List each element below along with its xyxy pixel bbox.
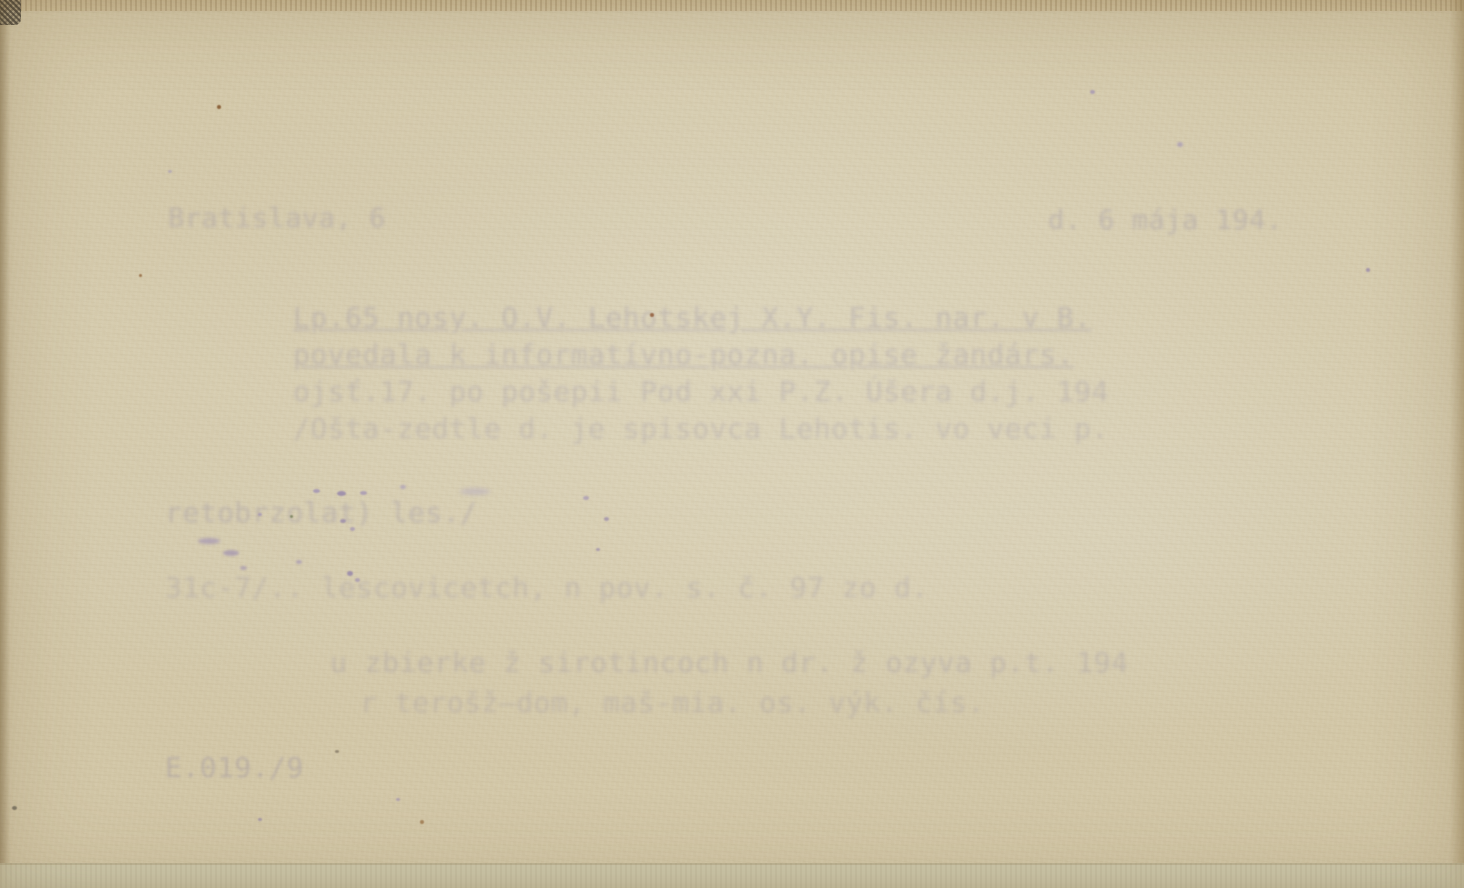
scanned-card: Bratislava, 6d. 6 mája 194.Lp.65 nosy. O… — [0, 0, 1464, 888]
scan-vignette — [0, 0, 1464, 888]
